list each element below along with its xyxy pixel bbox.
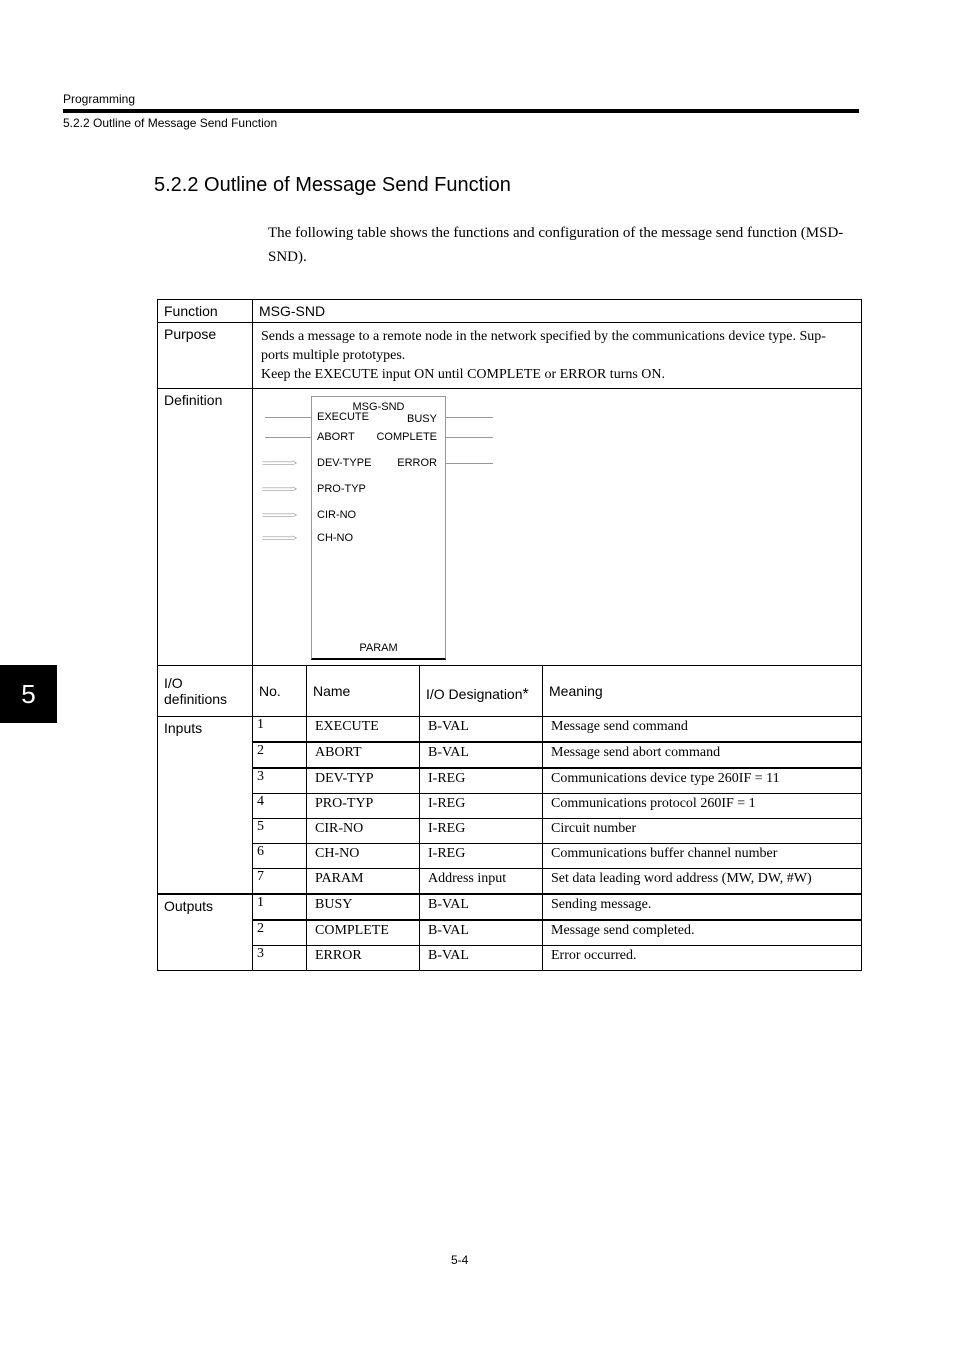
- col-no: No.: [253, 666, 307, 717]
- row-number: 3: [253, 946, 307, 971]
- running-header-section: Programming: [63, 92, 135, 106]
- io-header-row: I/O definitions No. Name I/O Designation…: [158, 666, 862, 717]
- input-row: 5CIR-NOI-REGCircuit number: [158, 819, 862, 844]
- row-designation: B-VAL: [420, 742, 543, 768]
- inputs-group-label: Inputs: [158, 717, 253, 895]
- output-row: 3ERRORB-VALError occurred.: [158, 946, 862, 971]
- function-block-diagram: MSG-SND EXECUTEABORTDEV-TYPE=======>PRO-…: [253, 389, 861, 665]
- function-label: Function: [158, 300, 253, 323]
- row-number: 4: [253, 794, 307, 819]
- row-name: DEV-TYP: [307, 768, 420, 794]
- header-rule: [63, 109, 859, 113]
- row-number: 7: [253, 869, 307, 895]
- definition-label: Definition: [158, 389, 253, 666]
- row-designation: I-REG: [420, 794, 543, 819]
- io-definitions-label: I/O definitions: [158, 666, 253, 717]
- row-number: 2: [253, 920, 307, 946]
- row-name: ABORT: [307, 742, 420, 768]
- row-number: 5: [253, 819, 307, 844]
- row-name: EXECUTE: [307, 717, 420, 743]
- output-pin-label: ERROR: [311, 457, 443, 469]
- row-name: ERROR: [307, 946, 420, 971]
- col-meaning: Meaning: [543, 666, 862, 717]
- col-name: Name: [307, 666, 420, 717]
- input-row: 4PRO-TYPI-REGCommunications protocol 260…: [158, 794, 862, 819]
- row-designation: Address input: [420, 869, 543, 895]
- row-number: 1: [253, 894, 307, 920]
- row-designation: B-VAL: [420, 946, 543, 971]
- row-name: BUSY: [307, 894, 420, 920]
- input-arrow: =======>: [262, 458, 296, 468]
- param-pin-label: PARAM: [311, 642, 446, 654]
- row-designation: B-VAL: [420, 717, 543, 743]
- input-row: 2ABORTB-VALMessage send abort command: [158, 742, 862, 768]
- row-number: 1: [253, 717, 307, 743]
- input-pin-label: PRO-TYP: [317, 483, 366, 495]
- row-meaning: Message send command: [543, 717, 862, 743]
- row-meaning: Circuit number: [543, 819, 862, 844]
- row-meaning: Sending message.: [543, 894, 862, 920]
- row-designation: I-REG: [420, 819, 543, 844]
- input-row: Inputs1EXECUTEB-VALMessage send command: [158, 717, 862, 743]
- row-meaning: Message send completed.: [543, 920, 862, 946]
- function-table: Function MSG-SND Purpose Sends a message…: [157, 299, 862, 971]
- row-meaning: Communications device type 260IF = 11: [543, 768, 862, 794]
- purpose-line-2: Keep the EXECUTE input ON until COMPLETE…: [261, 365, 853, 384]
- row-designation: I-REG: [420, 768, 543, 794]
- input-arrow: =======>: [262, 533, 296, 543]
- output-row: Outputs1BUSYB-VALSending message.: [158, 894, 862, 920]
- purpose-row: Purpose Sends a message to a remote node…: [158, 323, 862, 389]
- row-meaning: Message send abort command: [543, 742, 862, 768]
- outputs-group-label: Outputs: [158, 894, 253, 971]
- purpose-line-1: Sends a message to a remote node in the …: [261, 327, 853, 365]
- definition-row: Definition MSG-SND EXECUTEABORTDEV-TYPE=…: [158, 389, 862, 666]
- input-line: [265, 437, 311, 438]
- row-name: CIR-NO: [307, 819, 420, 844]
- row-designation: B-VAL: [420, 920, 543, 946]
- page-number: 5-4: [451, 1253, 468, 1267]
- input-arrow: =======>: [262, 484, 296, 494]
- input-line: [265, 417, 311, 418]
- function-row: Function MSG-SND: [158, 300, 862, 323]
- row-number: 3: [253, 768, 307, 794]
- function-value: MSG-SND: [253, 300, 862, 323]
- row-name: PARAM: [307, 869, 420, 895]
- definition-cell: MSG-SND EXECUTEABORTDEV-TYPE=======>PRO-…: [253, 389, 862, 666]
- row-meaning: Set data leading word address (MW, DW, #…: [543, 869, 862, 895]
- chapter-tab: 5: [0, 665, 57, 723]
- row-number: 6: [253, 844, 307, 869]
- row-designation: I-REG: [420, 844, 543, 869]
- intro-paragraph: The following table shows the functions …: [268, 221, 848, 269]
- input-row: 3DEV-TYPI-REGCommunications device type …: [158, 768, 862, 794]
- output-line: [446, 437, 493, 438]
- output-line: [446, 463, 493, 464]
- row-number: 2: [253, 742, 307, 768]
- output-pin-label: COMPLETE: [311, 431, 443, 443]
- purpose-label: Purpose: [158, 323, 253, 389]
- input-pin-label: CH-NO: [317, 532, 353, 544]
- row-meaning: Error occurred.: [543, 946, 862, 971]
- purpose-text: Sends a message to a remote node in the …: [253, 323, 862, 389]
- input-row: 7PARAMAddress inputSet data leading word…: [158, 869, 862, 895]
- output-pin-label: BUSY: [311, 413, 443, 425]
- running-header-subsection: 5.2.2 Outline of Message Send Function: [63, 116, 277, 130]
- output-line: [446, 417, 493, 418]
- col-designation: I/O Designation*: [420, 666, 543, 717]
- input-pin-label: CIR-NO: [317, 509, 356, 521]
- row-meaning: Communications buffer channel number: [543, 844, 862, 869]
- output-row: 2COMPLETEB-VALMessage send completed.: [158, 920, 862, 946]
- input-arrow: =======>: [262, 510, 296, 520]
- row-name: CH-NO: [307, 844, 420, 869]
- row-meaning: Communications protocol 260IF = 1: [543, 794, 862, 819]
- input-row: 6CH-NOI-REGCommunications buffer channel…: [158, 844, 862, 869]
- row-name: COMPLETE: [307, 920, 420, 946]
- row-name: PRO-TYP: [307, 794, 420, 819]
- row-designation: B-VAL: [420, 894, 543, 920]
- section-title: 5.2.2 Outline of Message Send Function: [154, 174, 511, 197]
- footnote-star: *: [523, 686, 529, 703]
